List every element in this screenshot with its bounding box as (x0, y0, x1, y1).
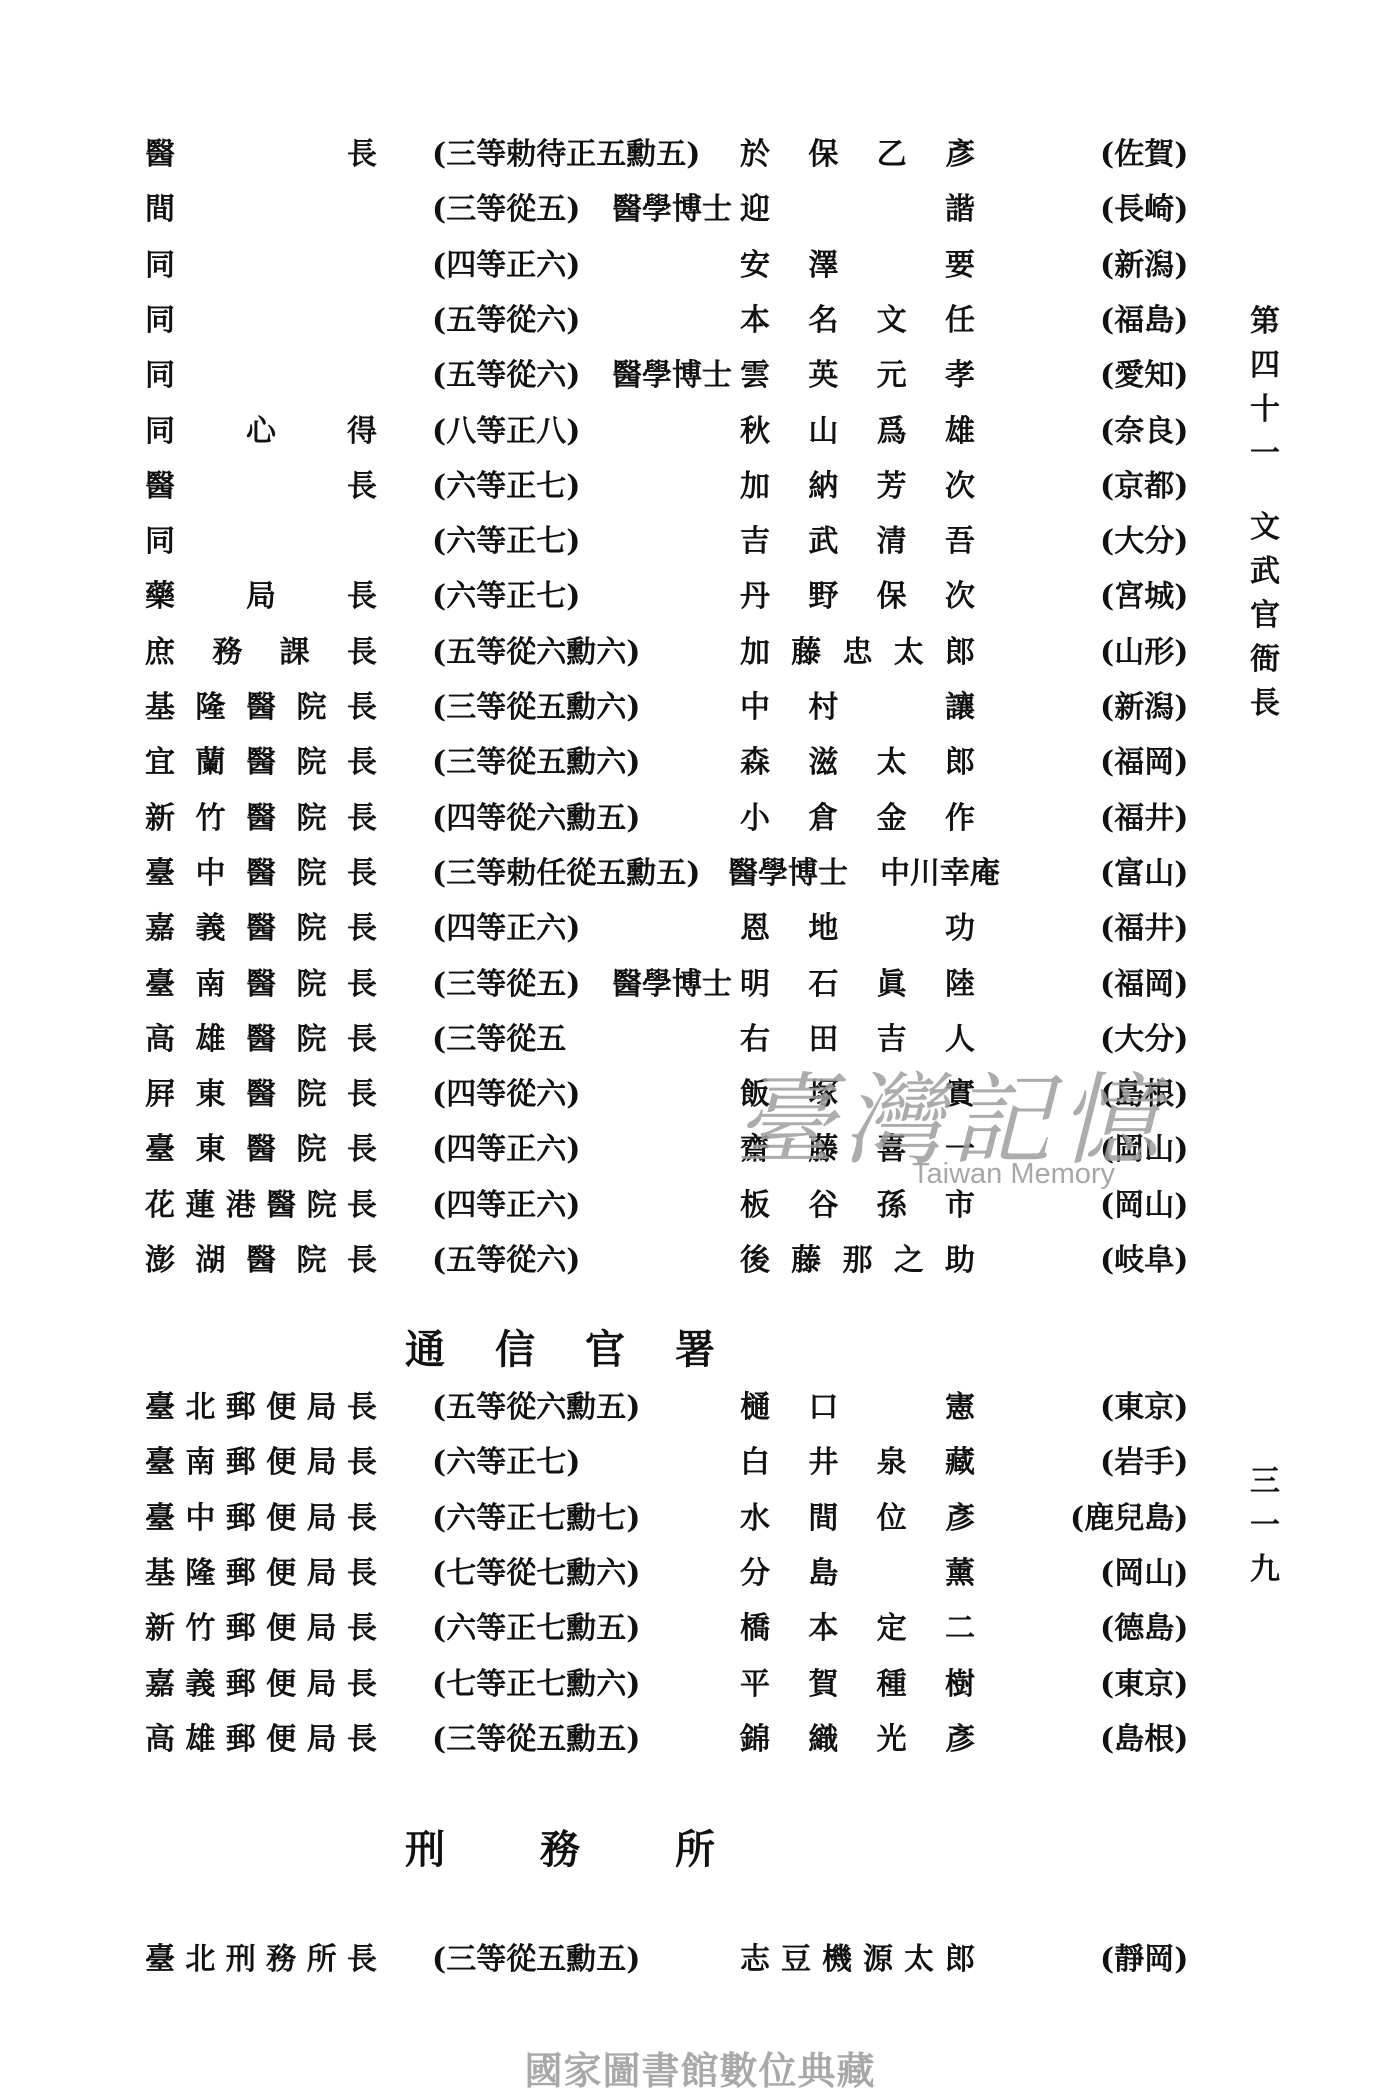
rank-grade: (六等正七勳五) (432, 1604, 640, 1654)
official-title: 醫長 (145, 130, 377, 180)
home-prefecture: (愛知) (1100, 351, 1188, 401)
home-prefecture: (奈良) (1100, 407, 1188, 457)
person-name: 秋山爲雄 (740, 407, 975, 457)
official-title: 臺南郵便局長 (145, 1438, 377, 1488)
rank-grade: (四等正六) (432, 1181, 580, 1231)
rank-grade: (四等從六勳五) (432, 794, 640, 844)
official-title: 同心得 (145, 407, 377, 457)
rank-grade: (三等從五勳六) (432, 683, 640, 733)
person-name: 白井泉藏 (740, 1438, 975, 1488)
official-title: 臺東醫院長 (145, 1125, 377, 1175)
footer-credit: 國家圖書館數位典藏 (0, 2040, 1400, 2095)
official-title: 嘉義郵便局長 (145, 1660, 377, 1710)
person-name: 板谷孫市 (740, 1181, 975, 1231)
rank-grade: (六等正七) (432, 572, 580, 622)
rank-grade: (四等正六) (432, 904, 580, 954)
home-prefecture: (山形) (1100, 628, 1188, 678)
rank-grade: (六等正七勳七) (432, 1494, 640, 1544)
table-row: 臺中郵便局長(六等正七勳七)水間位彥(鹿兒島) (0, 1494, 1400, 1544)
table-row: 醫長(三等勅待正五勳五)於保乙彥(佐賀) (0, 130, 1400, 180)
home-prefecture: (新潟) (1100, 683, 1188, 733)
table-row: 新竹郵便局長(六等正七勳五)橋本定二(德島) (0, 1604, 1400, 1654)
home-prefecture: (富山) (1100, 849, 1188, 899)
table-row: 新竹醫院長(四等從六勳五)小倉金作(福井) (0, 794, 1400, 844)
academic-degree: 醫學博士 (728, 849, 848, 899)
home-prefecture: (島根) (1100, 1715, 1188, 1765)
official-title: 基隆醫院長 (145, 683, 377, 733)
table-row: 藥局長(六等正七)丹野保次(宮城) (0, 572, 1400, 622)
rank-grade: (六等正七) (432, 1438, 580, 1488)
rank-grade: (三等勅任從五勳五) (432, 849, 700, 899)
person-name: 飯塚 實 (740, 1070, 975, 1120)
home-prefecture: (京都) (1100, 462, 1188, 512)
person-name: 森滋太郎 (740, 738, 975, 788)
home-prefecture: (宮城) (1100, 572, 1188, 622)
academic-degree: 醫學博士 (612, 351, 732, 401)
table-row: 澎湖醫院長(五等從六)後藤那之助(岐阜) (0, 1236, 1400, 1286)
official-title: 臺中郵便局長 (145, 1494, 377, 1544)
home-prefecture: (岡山) (1100, 1181, 1188, 1231)
table-row: 臺中醫院長(三等勅任從五勳五)醫學博士中川幸庵(富山) (0, 849, 1400, 899)
official-title: 嘉義醫院長 (145, 904, 377, 954)
person-name: 橋本定二 (740, 1604, 975, 1654)
rank-grade: (三等從五勳五) (432, 1715, 640, 1765)
person-name: 樋口 憲 (740, 1383, 975, 1433)
table-row: 嘉義醫院長(四等正六)恩地 功(福井) (0, 904, 1400, 954)
official-title: 基隆郵便局長 (145, 1549, 377, 1599)
home-prefecture: (新潟) (1100, 241, 1188, 291)
person-name: 安澤 要 (740, 241, 975, 291)
person-name: 加納芳次 (740, 462, 975, 512)
person-name: 迎 諧 (740, 185, 975, 235)
official-title: 澎湖醫院長 (145, 1236, 377, 1286)
table-row: 醫長(六等正七)加納芳次(京都) (0, 462, 1400, 512)
official-title: 花蓮港醫院長 (145, 1181, 377, 1231)
table-row: 花蓮港醫院長(四等正六)板谷孫市(岡山) (0, 1181, 1400, 1231)
home-prefecture: (岩手) (1100, 1438, 1188, 1488)
table-row: 宜蘭醫院長(三等從五勳六)森滋太郎(福岡) (0, 738, 1400, 788)
person-name: 於保乙彥 (740, 130, 975, 180)
official-title: 臺南醫院長 (145, 960, 377, 1010)
official-title: 新竹醫院長 (145, 794, 377, 844)
academic-degree: 醫學博士 (612, 185, 732, 235)
rank-grade: (四等正六) (432, 1125, 580, 1175)
official-title: 高雄郵便局長 (145, 1715, 377, 1765)
chapter-margin-title: 第 四 十 一 文 武 官 衙 長 (1245, 300, 1285, 726)
rank-grade: (三等勅待正五勳五) (432, 130, 700, 180)
table-row: 臺北刑務所長(三等從五勳五)志豆機源太郎(靜岡) (0, 1935, 1400, 1985)
rank-grade: (四等正六) (432, 241, 580, 291)
rank-grade: (七等正七勳六) (432, 1660, 640, 1710)
rank-grade: (四等從六) (432, 1070, 580, 1120)
home-prefecture: (岡山) (1100, 1549, 1188, 1599)
rank-grade: (三等從五) (432, 185, 580, 235)
table-row: 臺北郵便局長(五等從六勳五)樋口 憲(東京) (0, 1383, 1400, 1433)
person-name: 加藤忠太郎 (740, 628, 975, 678)
person-name: 恩地 功 (740, 904, 975, 954)
official-title: 藥局長 (145, 572, 377, 622)
home-prefecture: (德島) (1100, 1604, 1188, 1654)
table-row: 臺南醫院長(三等從五)醫學博士明石眞陸(福岡) (0, 960, 1400, 1010)
home-prefecture: (岡山) (1100, 1125, 1188, 1175)
table-row: 同(五等從六)本名文任(福島) (0, 296, 1400, 346)
rank-grade: (五等從六勳六) (432, 628, 640, 678)
rank-grade: (七等從七勳六) (432, 1549, 640, 1599)
person-name: 右田吉人 (740, 1015, 975, 1065)
table-row: 嘉義郵便局長(七等正七勳六)平賀種樹(東京) (0, 1660, 1400, 1710)
person-name: 錦織光彥 (740, 1715, 975, 1765)
page-number: 三 一 九 (1245, 1460, 1285, 1592)
home-prefecture: (福井) (1100, 904, 1188, 954)
person-name: 本名文任 (740, 296, 975, 346)
official-title: 臺北郵便局長 (145, 1383, 377, 1433)
official-title: 同 (145, 296, 175, 346)
home-prefecture: (長崎) (1100, 185, 1188, 235)
person-name: 中川幸庵 (880, 849, 1000, 899)
table-row: 間(三等從五)醫學博士迎 諧(長崎) (0, 185, 1400, 235)
rank-grade: (三等從五勳六) (432, 738, 640, 788)
person-name: 小倉金作 (740, 794, 975, 844)
official-title: 醫長 (145, 462, 377, 512)
home-prefecture: (福井) (1100, 794, 1188, 844)
person-name: 平賀種樹 (740, 1660, 975, 1710)
table-row: 同心得(八等正八)秋山爲雄(奈良) (0, 407, 1400, 457)
rank-grade: (五等從六) (432, 351, 580, 401)
table-row: 高雄醫院長(三等從五右田吉人(大分) (0, 1015, 1400, 1065)
section-heading-communications: 通 信 官 署 (405, 1318, 715, 1375)
official-title: 屛東醫院長 (145, 1070, 377, 1120)
rank-grade: (六等正七) (432, 462, 580, 512)
table-row: 同(五等從六)醫學博士雲英元孝(愛知) (0, 351, 1400, 401)
home-prefecture: (佐賀) (1100, 130, 1188, 180)
table-row: 同(六等正七)吉武清吾(大分) (0, 517, 1400, 567)
table-row: 高雄郵便局長(三等從五勳五)錦織光彥(島根) (0, 1715, 1400, 1765)
home-prefecture: (東京) (1100, 1383, 1188, 1433)
home-prefecture: (大分) (1100, 517, 1188, 567)
academic-degree: 醫學博士 (612, 960, 732, 1010)
official-title: 臺北刑務所長 (145, 1935, 377, 1985)
person-name: 志豆機源太郎 (740, 1935, 975, 1985)
official-title: 同 (145, 517, 175, 567)
person-name: 吉武清吾 (740, 517, 975, 567)
table-row: 同(四等正六)安澤 要(新潟) (0, 241, 1400, 291)
rank-grade: (三等從五) (432, 960, 580, 1010)
table-row: 屛東醫院長(四等從六)飯塚 實(島根) (0, 1070, 1400, 1120)
official-title: 同 (145, 241, 175, 291)
person-name: 水間位彥 (740, 1494, 975, 1544)
person-name: 雲英元孝 (740, 351, 975, 401)
person-name: 分島 薰 (740, 1549, 975, 1599)
home-prefecture: (鹿兒島) (1070, 1494, 1188, 1544)
table-row: 基隆醫院長(三等從五勳六)中村 讓(新潟) (0, 683, 1400, 733)
person-name: 中村 讓 (740, 683, 975, 733)
person-name: 齋藤喜一 (740, 1125, 975, 1175)
rank-grade: (五等從六) (432, 296, 580, 346)
official-title: 同 (145, 351, 175, 401)
rank-grade: (八等正八) (432, 407, 580, 457)
official-title: 臺中醫院長 (145, 849, 377, 899)
person-name: 後藤那之助 (740, 1236, 975, 1286)
home-prefecture: (福岡) (1100, 960, 1188, 1010)
home-prefecture: (島根) (1100, 1070, 1188, 1120)
home-prefecture: (岐阜) (1100, 1236, 1188, 1286)
official-title: 庶務課長 (145, 628, 377, 678)
person-name: 明石眞陸 (740, 960, 975, 1010)
official-title: 間 (145, 185, 175, 235)
official-title: 新竹郵便局長 (145, 1604, 377, 1654)
official-title: 高雄醫院長 (145, 1015, 377, 1065)
rank-grade: (六等正七) (432, 517, 580, 567)
rank-grade: (三等從五 (432, 1015, 566, 1065)
official-title: 宜蘭醫院長 (145, 738, 377, 788)
home-prefecture: (福島) (1100, 296, 1188, 346)
table-row: 臺東醫院長(四等正六)齋藤喜一(岡山) (0, 1125, 1400, 1175)
scanned-page: 通 信 官 署 刑 務 所 醫長(三等勅待正五勳五)於保乙彥(佐賀)間(三等從五… (0, 0, 1400, 2100)
home-prefecture: (東京) (1100, 1660, 1188, 1710)
home-prefecture: (大分) (1100, 1015, 1188, 1065)
home-prefecture: (靜岡) (1100, 1935, 1188, 1985)
table-row: 臺南郵便局長(六等正七)白井泉藏(岩手) (0, 1438, 1400, 1488)
home-prefecture: (福岡) (1100, 738, 1188, 788)
rank-grade: (三等從五勳五) (432, 1935, 640, 1985)
rank-grade: (五等從六勳五) (432, 1383, 640, 1433)
table-row: 基隆郵便局長(七等從七勳六)分島 薰(岡山) (0, 1549, 1400, 1599)
person-name: 丹野保次 (740, 572, 975, 622)
section-heading-prisons: 刑 務 所 (405, 1818, 715, 1875)
rank-grade: (五等從六) (432, 1236, 580, 1286)
table-row: 庶務課長(五等從六勳六)加藤忠太郎(山形) (0, 628, 1400, 678)
